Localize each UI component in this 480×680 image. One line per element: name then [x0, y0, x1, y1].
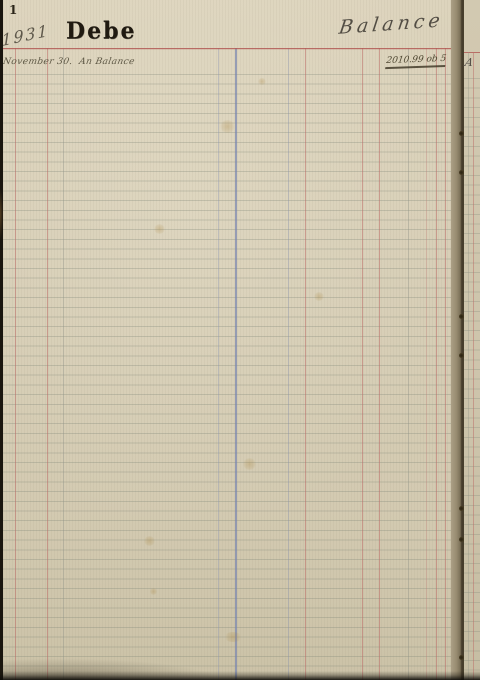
entry-date: November 30.	[2, 57, 73, 67]
entry-amount: 2010.99 ob 5	[385, 54, 447, 69]
column-rule-red	[379, 48, 380, 680]
column-rule-red	[362, 48, 363, 680]
sliver-header-rule	[464, 52, 480, 53]
ledger-scan: 1 Debe 1931 Balance November 30. An Bala…	[0, 0, 480, 680]
column-rule-blue	[235, 48, 237, 680]
column-rule-red	[436, 48, 437, 680]
column-rule-red	[47, 48, 48, 680]
scan-edge-left	[0, 0, 3, 680]
printed-header-debe: Debe	[66, 17, 136, 44]
column-rule-blue-faint	[218, 48, 219, 680]
page-edge-gutter	[451, 0, 464, 680]
foxing-stain	[144, 536, 155, 546]
column-rule-gray	[63, 48, 64, 680]
column-rule-red	[305, 48, 306, 680]
scan-edge-blotch	[0, 182, 7, 246]
entry-description: An Balance	[78, 57, 135, 67]
column-rule-red	[15, 48, 16, 680]
page-number: 1	[9, 3, 17, 17]
column-rule-red	[445, 48, 446, 680]
column-rule-blue-faint	[288, 48, 289, 680]
column-rule-red-faint	[426, 48, 427, 680]
header-rule	[3, 48, 451, 49]
horizontal-rules	[3, 74, 451, 674]
foxing-stain	[224, 632, 242, 642]
sliver-column-rule-red	[473, 52, 474, 680]
scan-edge-bottom	[0, 671, 480, 680]
column-rule-gray	[408, 48, 409, 680]
foxing-stain	[154, 224, 165, 234]
foxing-stain	[220, 120, 235, 133]
foxing-stain	[243, 458, 256, 470]
foxing-stain	[150, 588, 157, 595]
next-page-sliver	[464, 0, 480, 680]
sliver-horizontal-rules	[464, 78, 480, 674]
entry-row: November 30. An Balance	[2, 57, 135, 67]
foxing-stain	[314, 292, 324, 301]
foxing-stain	[258, 78, 266, 85]
sliver-column-rule	[468, 52, 469, 680]
